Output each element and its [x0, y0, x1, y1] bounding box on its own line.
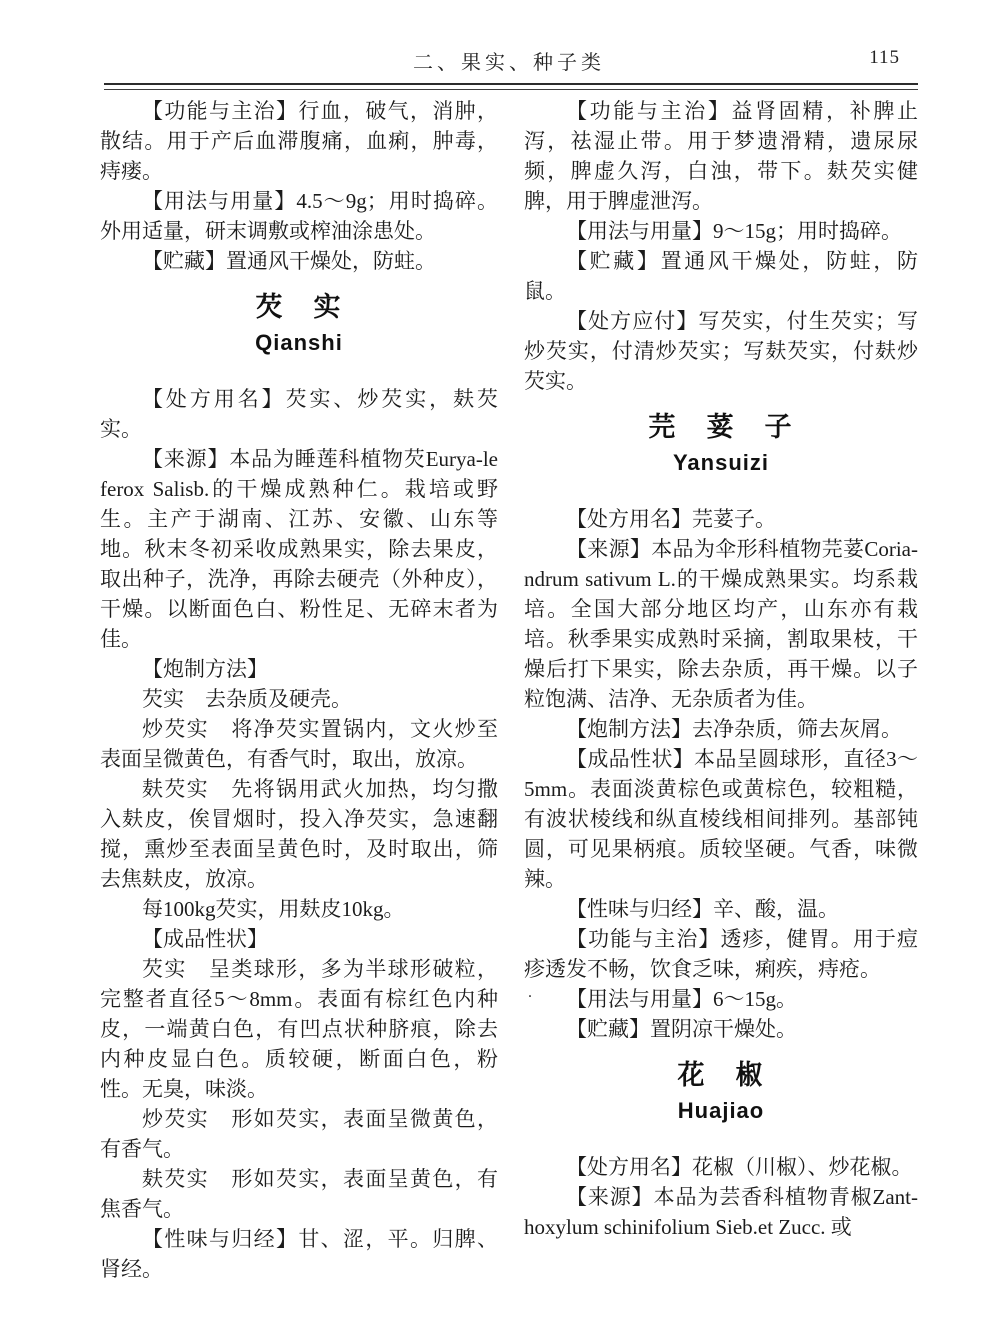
drug-name-heading: 花 椒	[524, 1060, 918, 1090]
text-paragraph: 【用法与用量】6～15g。	[524, 984, 918, 1014]
text-paragraph: 【处方应付】写芡实，付生芡实；写炒芡实，付清炒芡实；写麸芡实，付麸炒芡实。	[524, 306, 918, 396]
text-paragraph: 【性味与归经】甘、涩，平。归脾、肾经。	[100, 1224, 498, 1284]
text-paragraph: 【功能与主治】行血，破气，消肿，散结。用于产后血滞腹痛，血痢，肿毒，痔瘘。	[100, 96, 498, 186]
text-column-left: 【功能与主治】行血，破气，消肿，散结。用于产后血滞腹痛，血痢，肿毒，痔瘘。【用法…	[100, 96, 498, 1284]
header-rule	[104, 83, 918, 90]
text-paragraph: 【成品性状】	[100, 924, 498, 954]
drug-name-heading: 芫 荽 子	[524, 412, 918, 442]
stray-ink-dot: .	[528, 984, 532, 1002]
text-paragraph: 麸芡实 形如芡实，表面呈黄色，有焦香气。	[100, 1164, 498, 1224]
text-paragraph: 【功能与主治】透疹，健胃。用于痘疹透发不畅，饮食乏味，痢疾，痔疮。	[524, 924, 918, 984]
text-paragraph: 【贮藏】置通风干燥处，防蛀。	[100, 246, 498, 276]
text-paragraph: 【性味与归经】辛、酸，温。	[524, 894, 918, 924]
text-paragraph: 【功能与主治】益肾固精，补脾止泻，祛湿止带。用于梦遗滑精，遗尿尿频，脾虚久泻，白…	[524, 96, 918, 216]
text-paragraph: 炒芡实 将净芡实置锅内，文火炒至表面呈微黄色，有香气时，取出，放凉。	[100, 714, 498, 774]
text-paragraph: 芡实 呈类球形，多为半球形破粒，完整者直径5～8mm。表面有棕红色内种皮，一端黄…	[100, 954, 498, 1104]
drug-pinyin: Yansuizi	[524, 448, 918, 478]
page-header-title: 二、果实、种子类	[100, 46, 918, 75]
text-paragraph: 【来源】本品为睡莲科植物芡Eurya-le ferox Salisb.的干燥成熟…	[100, 444, 498, 654]
text-paragraph: 【贮藏】置通风干燥处，防蛀，防鼠。	[524, 246, 918, 306]
text-paragraph: 【用法与用量】4.5～9g；用时捣碎。外用适量，研末调敷或榨油涂患处。	[100, 186, 498, 246]
text-paragraph: 【炮制方法】去净杂质，筛去灰屑。	[524, 714, 918, 744]
text-paragraph: 【来源】本品为芸香科植物青椒Zant-hoxylum schinifolium …	[524, 1182, 918, 1242]
text-paragraph: 每100kg芡实，用麸皮10kg。	[100, 894, 498, 924]
text-column-right: 【功能与主治】益肾固精，补脾止泻，祛湿止带。用于梦遗滑精，遗尿尿频，脾虚久泻，白…	[524, 96, 918, 1242]
text-paragraph: 【处方用名】花椒（川椒）、炒花椒。	[524, 1152, 918, 1182]
text-paragraph: 【用法与用量】9～15g；用时捣碎。	[524, 216, 918, 246]
text-paragraph: 麸芡实 先将锅用武火加热，均匀撒入麸皮，俟冒烟时，投入净芡实，急速翻搅，熏炒至表…	[100, 774, 498, 894]
text-paragraph: 芡实 去杂质及硬壳。	[100, 684, 498, 714]
text-paragraph: 【来源】本品为伞形科植物芫荽Coria-ndrum sativum L.的干燥成…	[524, 534, 918, 714]
page-header: 二、果实、种子类 115	[100, 46, 918, 72]
document-page: 二、果实、种子类 115 【功能与主治】行血，破气，消肿，散结。用于产后血滞腹痛…	[0, 0, 999, 1335]
text-paragraph: 炒芡实 形如芡实，表面呈微黄色，有香气。	[100, 1104, 498, 1164]
text-paragraph: 【成品性状】本品呈圆球形，直径3～5mm。表面淡黄棕色或黄棕色，较粗糙，有波状棱…	[524, 744, 918, 894]
text-paragraph: 【贮藏】置阴凉干燥处。	[524, 1014, 918, 1044]
drug-pinyin: Qianshi	[100, 328, 498, 358]
drug-name-heading: 芡 实	[100, 292, 498, 322]
text-paragraph: 【处方用名】芫荽子。	[524, 504, 918, 534]
text-paragraph: 【炮制方法】	[100, 654, 498, 684]
text-paragraph: 【处方用名】芡实、炒芡实，麸芡实。	[100, 384, 498, 444]
drug-pinyin: Huajiao	[524, 1096, 918, 1126]
page-number: 115	[869, 47, 900, 69]
